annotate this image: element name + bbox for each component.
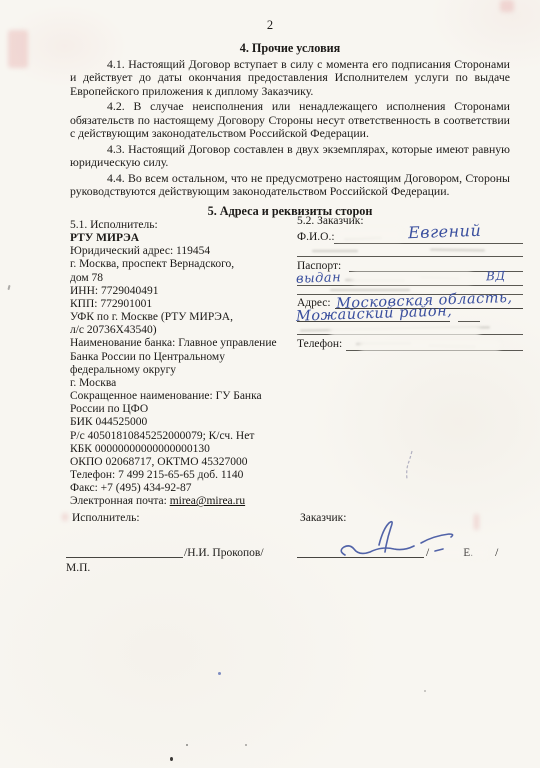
executor-sign-label: Исполнитель: [72, 512, 140, 524]
executor-detail-line: г. Москва, проспект Вернадского, [70, 258, 304, 271]
passport-underline-2 [297, 285, 523, 286]
executor-detail-line: Наименование банка: Главное управление [70, 337, 304, 350]
executor-detail-line: Банка России по Центральному [70, 351, 304, 364]
section-4-other-conditions: 4. Прочие условия 4.1. Настоящий Договор… [70, 42, 510, 199]
executor-detail-line: Р/с 40501810845252000079; К/сч. Нет [70, 430, 304, 443]
executor-name: РТУ МИРЭА [70, 232, 304, 245]
executor-requisites: Юридический адрес: 119454г. Москва, прос… [70, 245, 304, 495]
address-underline-2 [297, 321, 450, 322]
contract-paragraph: 4.3. Настоящий Договор составлен в двух … [70, 143, 510, 170]
executor-detail-line: Факс: +7 (495) 434-92-87 [70, 482, 304, 495]
stray-ink-mark [405, 450, 415, 480]
executor-detail-line: Телефон: 7 499 215-65-65 доб. 1140 [70, 469, 304, 482]
customer-sign-slash-close: / [495, 547, 498, 559]
speck-5 [7, 285, 10, 290]
executor-detail-line: России по ЦФО [70, 403, 304, 416]
executor-signature-name: /Н.И. Прокопов/ [184, 547, 264, 559]
executor-detail-line: КПП: 772901001 [70, 298, 304, 311]
executor-detail-line: ИНН: 7729040491 [70, 285, 304, 298]
page-number: 2 [0, 18, 540, 33]
speck-1 [170, 757, 173, 761]
executor-heading: 5.1. Исполнитель: [70, 219, 304, 232]
section-4-title: 4. Прочие условия [70, 42, 510, 56]
speck-4 [424, 690, 426, 692]
executor-signature-line [66, 557, 183, 558]
email-label: Электронная почта: [70, 495, 170, 507]
ink-dot [218, 672, 221, 675]
scan-stain-topright [500, 0, 514, 12]
executor-detail-line: федеральному округу [70, 364, 304, 377]
section-5-title: 5. Адреса и реквизиты сторон [70, 204, 510, 219]
contract-paragraph: 4.2. В случае неисполнения или ненадлежа… [70, 100, 510, 141]
customer-signature-ink [335, 515, 485, 565]
executor-detail-line: дом 78 [70, 272, 304, 285]
phone-label: Телефон: [297, 338, 342, 350]
seal-label: М.П. [66, 562, 90, 574]
address-underline-dash [458, 321, 480, 322]
executor-detail-line: БИК 044525000 [70, 416, 304, 429]
executor-email-line: Электронная почта: mirea@mirea.ru [70, 495, 304, 508]
executor-details-column: 5.1. Исполнитель: РТУ МИРЭА Юридический … [70, 219, 304, 508]
scan-stain-left [62, 513, 68, 521]
executor-detail-line: л/с 20736X43540) [70, 324, 304, 337]
fio-underline-2 [297, 256, 523, 257]
contract-paragraph: 4.4. Во всем остальном, что не предусмот… [70, 172, 510, 199]
scanned-contract-page: 2 4. Прочие условия 4.1. Настоящий Догов… [0, 0, 540, 768]
contract-paragraph: 4.1. Настоящий Договор вступает в силу с… [70, 58, 510, 99]
fio-handwritten-value: Евгений [408, 221, 482, 243]
scan-stain-topleft [8, 30, 28, 68]
passport-handwritten-series: ВД [486, 269, 506, 284]
speck-3 [245, 744, 247, 746]
fio-label: Ф.И.О.: [297, 231, 335, 243]
executor-detail-line: УФК по г. Москве (РТУ МИРЭА, [70, 311, 304, 324]
executor-detail-line: ОКПО 02068717, ОКТМО 45327000 [70, 456, 304, 469]
fio-underline [334, 243, 523, 244]
executor-detail-line: Сокращенное наименование: ГУ Банка [70, 390, 304, 403]
executor-detail-line: КБК 00000000000000000130 [70, 443, 304, 456]
section-4-paragraphs: 4.1. Настоящий Договор вступает в силу с… [70, 58, 510, 199]
speck-2 [186, 744, 188, 746]
scan-stain-right [474, 514, 479, 530]
executor-detail-line: Юридический адрес: 119454 [70, 245, 304, 258]
customer-heading: 5.2. Заказчик: [297, 215, 364, 227]
email-address: mirea@mirea.ru [170, 495, 245, 507]
executor-detail-line: г. Москва [70, 377, 304, 390]
